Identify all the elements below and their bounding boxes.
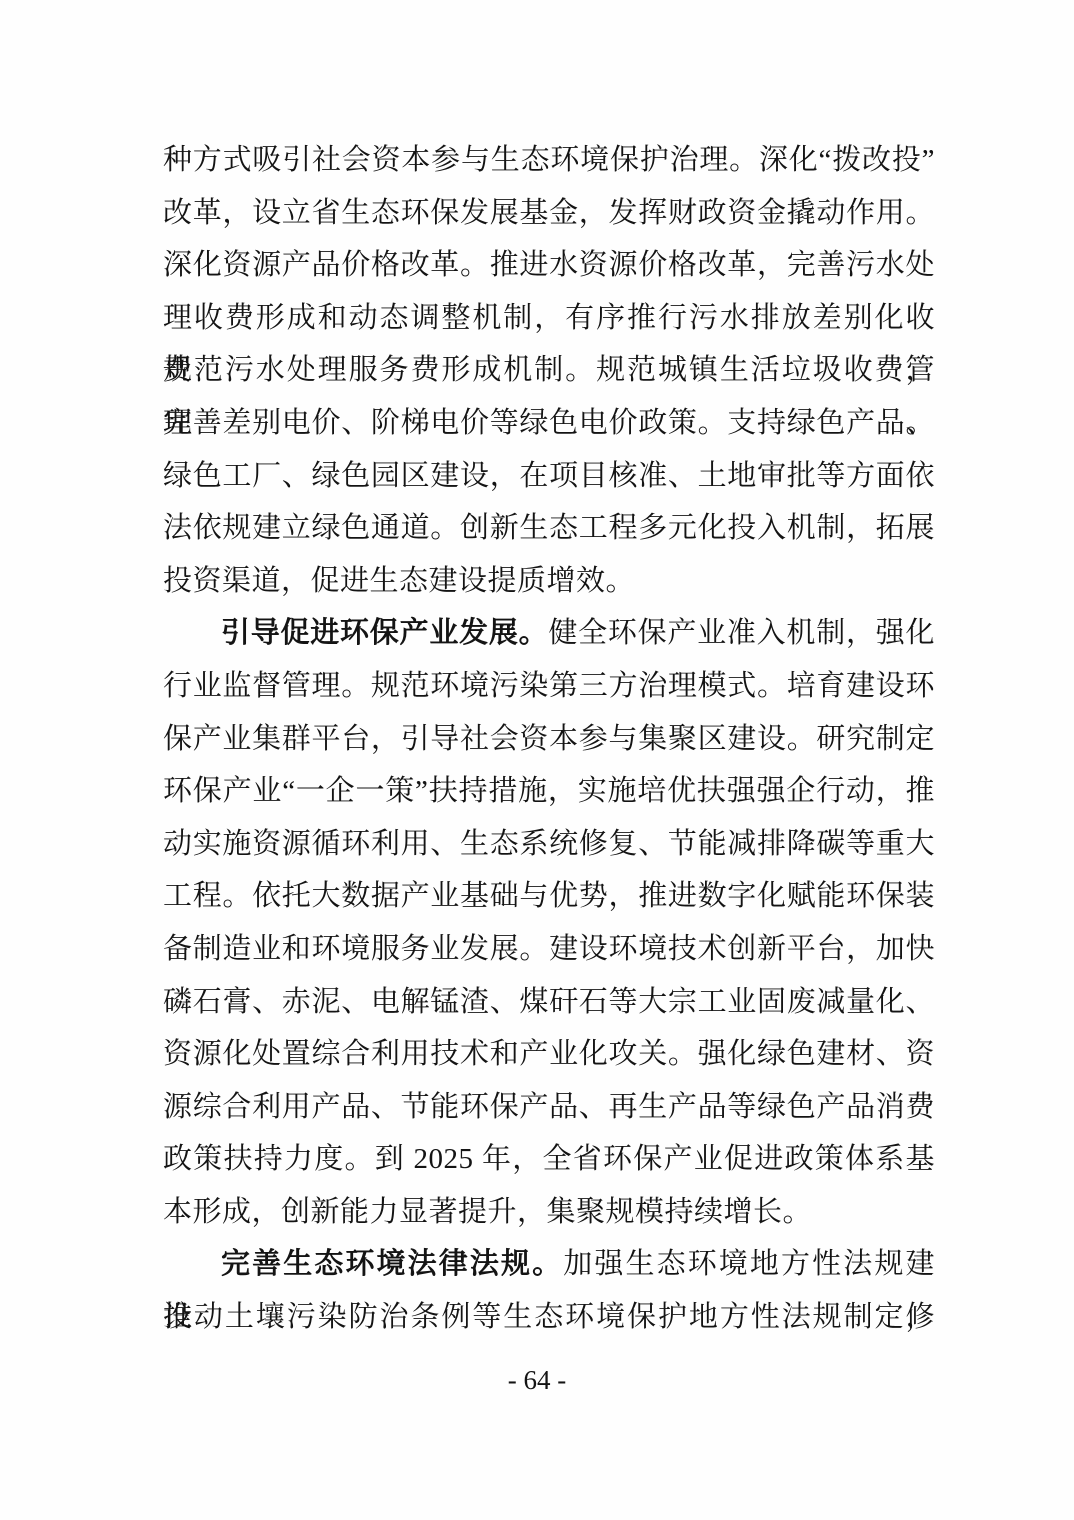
paragraph-lead: 完善生态环境法律法规。 — [221, 1248, 563, 1280]
text-line: 备制造业和环境服务业发展。建设环境技术创新平台，加快 — [163, 923, 935, 976]
paragraph-lead: 引导促进环保产业发展。 — [221, 617, 548, 649]
text-line: 磷石膏、赤泥、电解锰渣、煤矸石等大宗工业固废减量化、 — [163, 976, 935, 1029]
text-line: 动实施资源循环利用、生态系统修复、节能减排降碳等重大 — [163, 818, 935, 871]
text-line: 法依规建立绿色通道。创新生态工程多元化投入机制，拓展 — [163, 502, 935, 555]
text-line: 理收费形成和动态调整机制，有序推行污水排放差别化收费， — [163, 292, 935, 345]
text-line: 完善差别电价、阶梯电价等绿色电价政策。支持绿色产品、 — [163, 397, 935, 450]
text-line: 环保产业“一企一策”扶持措施，实施培优扶强强企行动，推 — [163, 765, 935, 818]
document-page: 种方式吸引社会资本参与生态环境保护治理。深化“拨改投”改革，设立省生态环保发展基… — [0, 0, 1074, 1520]
text-line: 工程。依托大数据产业基础与优势，推进数字化赋能环保装 — [163, 870, 935, 923]
paragraph-text: 健全环保产业准入机制，强化 — [548, 617, 935, 649]
text-line: 本形成，创新能力显著提升，集聚规模持续增长。 — [163, 1186, 935, 1239]
document-body: 种方式吸引社会资本参与生态环境保护治理。深化“拨改投”改革，设立省生态环保发展基… — [163, 134, 935, 1344]
text-line: 源综合利用产品、节能环保产品、再生产品等绿色产品消费 — [163, 1081, 935, 1134]
text-line: 绿色工厂、绿色园区建设，在项目核准、土地审批等方面依 — [163, 450, 935, 503]
text-line: 改革，设立省生态环保发展基金，发挥财政资金撬动作用。 — [163, 187, 935, 240]
text-line: 完善生态环境法律法规。加强生态环境地方性法规建设， — [163, 1238, 935, 1291]
text-line: 政策扶持力度。到 2025 年，全省环保产业促进政策体系基 — [163, 1133, 935, 1186]
text-line: 推动土壤污染防治条例等生态环境保护地方性法规制定修 — [163, 1291, 935, 1344]
text-line: 投资渠道，促进生态建设提质增效。 — [163, 555, 935, 608]
text-line: 种方式吸引社会资本参与生态环境保护治理。深化“拨改投” — [163, 134, 935, 187]
text-line: 保产业集群平台，引导社会资本参与集聚区建设。研究制定 — [163, 713, 935, 766]
text-line: 引导促进环保产业发展。健全环保产业准入机制，强化 — [163, 607, 935, 660]
text-line: 规范污水处理服务费形成机制。规范城镇生活垃圾收费管理。 — [163, 344, 935, 397]
text-line: 资源化处置综合利用技术和产业化攻关。强化绿色建材、资 — [163, 1028, 935, 1081]
text-line: 行业监督管理。规范环境污染第三方治理模式。培育建设环 — [163, 660, 935, 713]
text-line: 深化资源产品价格改革。推进水资源价格改革，完善污水处 — [163, 239, 935, 292]
page-number: - 64 - — [0, 1362, 1074, 1398]
